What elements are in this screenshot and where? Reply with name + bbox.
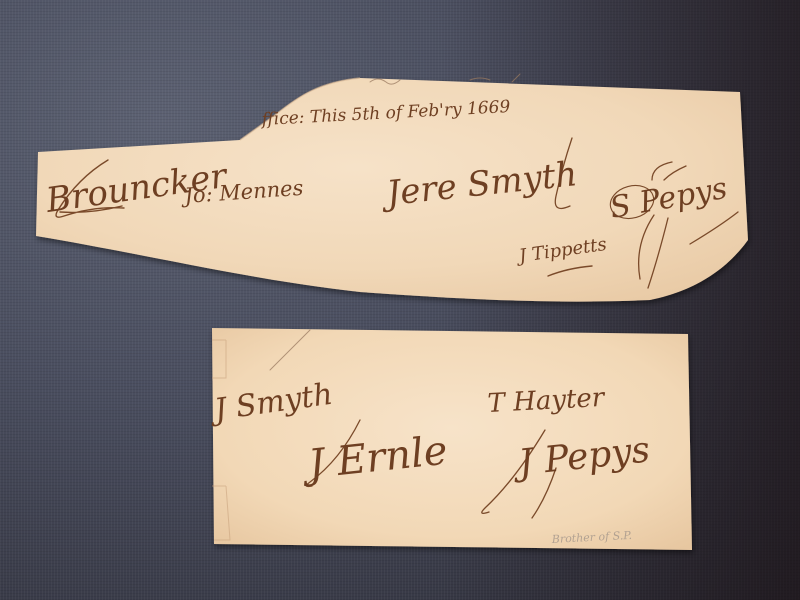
document-scene: ffice: This 5th of Feb'ry 1669 Brouncker… — [0, 0, 800, 600]
signature-hayter: T Hayter — [487, 383, 607, 419]
svg-text:T Hayter: T Hayter — [487, 383, 607, 419]
